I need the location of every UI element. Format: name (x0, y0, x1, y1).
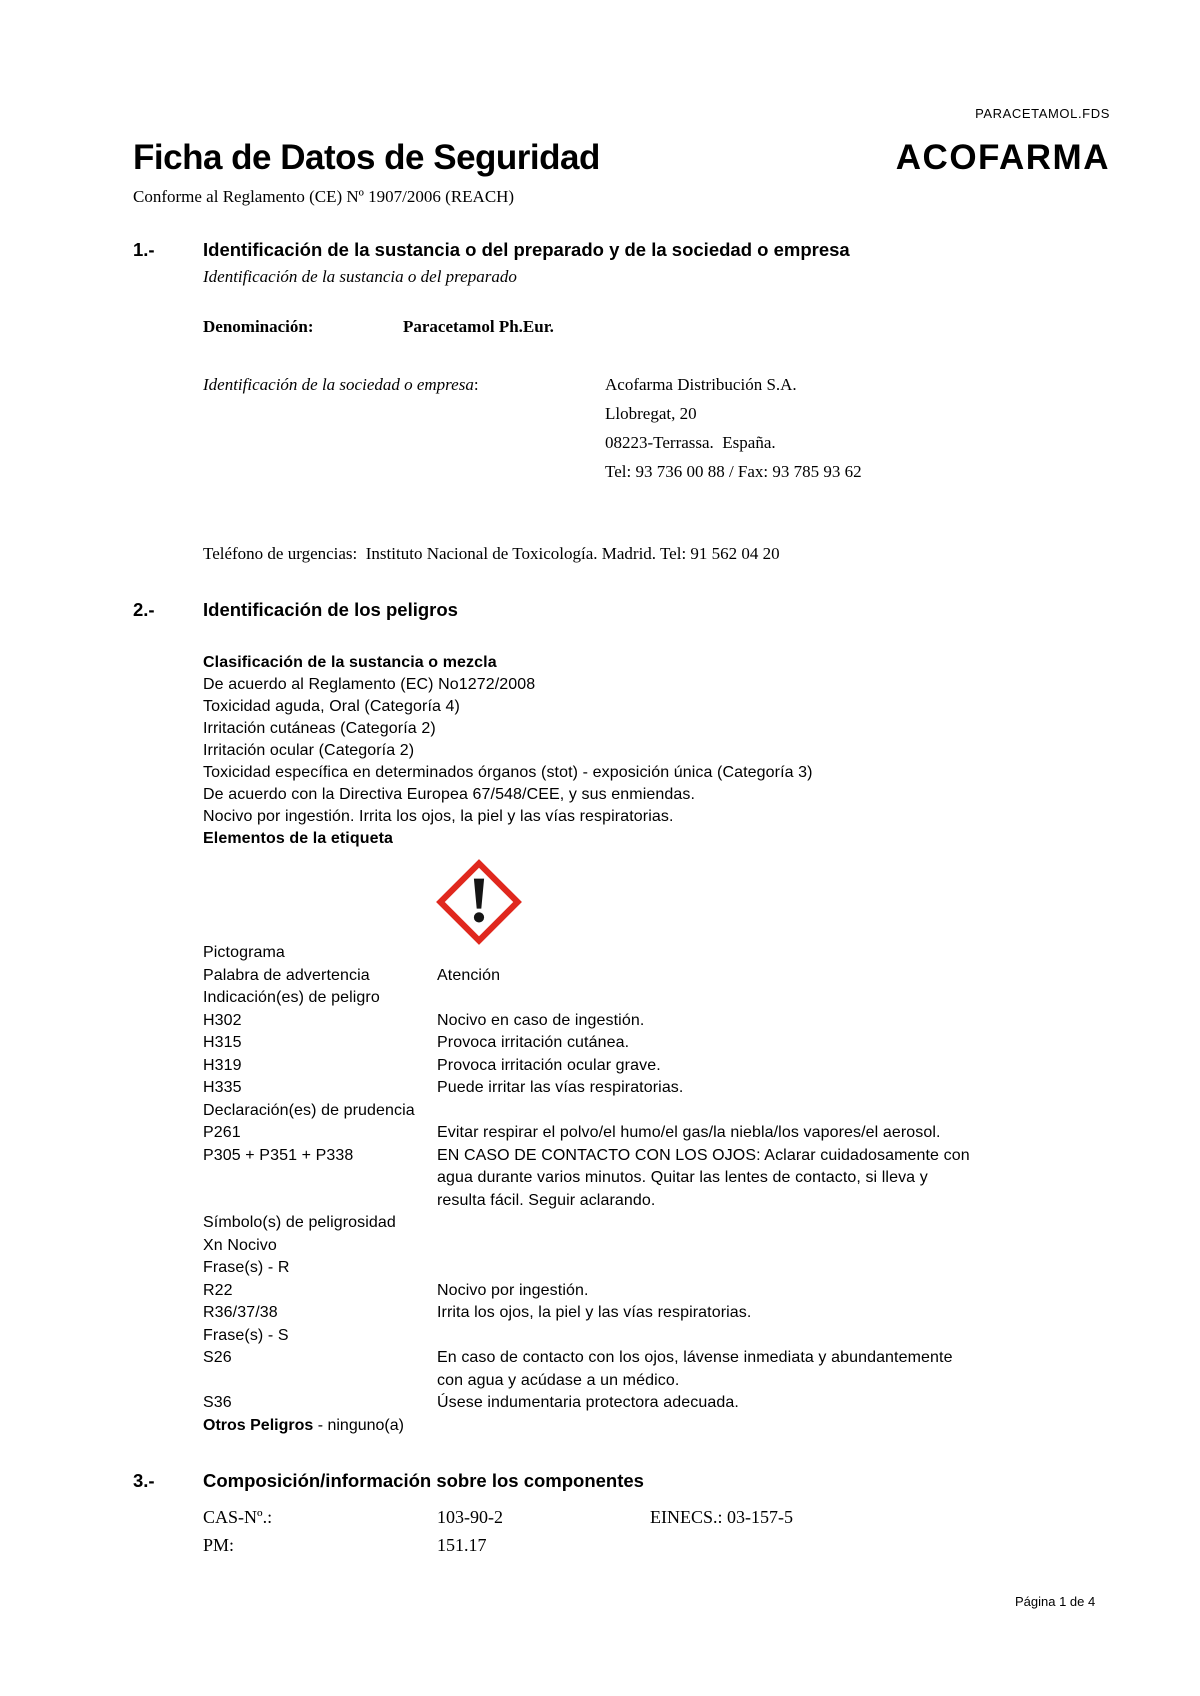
other-hazards-label: Otros Peligros (203, 1417, 313, 1434)
r-phrases-header-row: Frase(s) - R (203, 1257, 1110, 1280)
header: Ficha de Datos de Seguridad ACOFARMA (133, 135, 1110, 181)
section-1-number: 1.- (133, 238, 203, 262)
section-2-body: Clasificación de la sustancia o mezcla D… (203, 652, 1110, 1437)
label-elements-heading: Elementos de la etiqueta (203, 828, 1110, 850)
einecs-value: EINECS.: 03-157-5 (650, 1503, 793, 1531)
p305-row: P305 + P351 + P338 EN CASO DE CONTACTO C… (203, 1145, 1110, 1213)
classification-line: De acuerdo al Reglamento (EC) No1272/200… (203, 674, 1110, 696)
brand-name: ACOFARMA (896, 138, 1110, 178)
signal-word-row: Palabra de advertencia Atención (203, 965, 1110, 988)
classification-block: Clasificación de la sustancia o mezcla D… (203, 652, 1110, 850)
denomination-label: Denominación: (203, 316, 403, 338)
pm-row: PM: 151.17 (203, 1531, 1110, 1559)
emergency-phone-line: Teléfono de urgencias: Instituto Naciona… (203, 543, 1110, 565)
classification-heading: Clasificación de la sustancia o mezcla (203, 652, 1110, 674)
other-hazards-row: Otros Peligros - ninguno(a) (203, 1415, 1110, 1438)
company-city: 08223-Terrassa. España. (605, 428, 862, 457)
precaution-header-row: Declaración(es) de prudencia (203, 1100, 1110, 1123)
substance-identification-subtitle: Identificación de la sustancia o del pre… (203, 266, 1110, 288)
danger-symbols-header-row: Símbolo(s) de peligrosidad (203, 1212, 1110, 1235)
ghs07-exclamation-icon (435, 858, 523, 942)
company-identification-row: Identificación de la sociedad o empresa:… (203, 370, 1110, 486)
h302-row: H302 Nocivo en caso de ingestión. (203, 1010, 1110, 1033)
h319-row: H319 Provoca irritación ocular grave. (203, 1055, 1110, 1078)
company-street: Llobregat, 20 (605, 399, 862, 428)
sds-page: PARACETAMOL.FDS Ficha de Datos de Seguri… (0, 0, 1200, 1696)
section-1-heading: 1.- Identificación de la sustancia o del… (133, 238, 1110, 262)
classification-line: Toxicidad aguda, Oral (Categoría 4) (203, 696, 1110, 718)
other-hazards-value: - ninguno(a) (313, 1417, 404, 1434)
pm-value: 151.17 (437, 1531, 650, 1559)
r36-37-38-row: R36/37/38 Irrita los ojos, la piel y las… (203, 1302, 1110, 1325)
section-3-title: Composición/información sobre los compon… (203, 1469, 644, 1493)
section-3-number: 3.- (133, 1469, 203, 1493)
h315-row: H315 Provoca irritación cutánea. (203, 1032, 1110, 1055)
company-label: Identificación de la sociedad o empresa: (203, 370, 605, 486)
hazard-indication-header-row: Indicación(es) de peligro (203, 987, 1110, 1010)
r22-row: R22 Nocivo por ingestión. (203, 1280, 1110, 1303)
company-name: Acofarma Distribución S.A. (605, 370, 862, 399)
section-3-heading: 3.- Composición/información sobre los co… (133, 1469, 1110, 1493)
page-number: Página 1 de 4 (1015, 1594, 1095, 1609)
page-title: Ficha de Datos de Seguridad (133, 135, 600, 181)
reach-compliance-line: Conforme al Reglamento (CE) Nº 1907/2006… (133, 186, 1110, 208)
xn-nocivo-row: Xn Nocivo (203, 1235, 1110, 1258)
hazard-statement-rows: Pictograma Palabra de advertencia Atenci… (203, 942, 1110, 1437)
s36-row: S36 Úsese indumentaria protectora adecua… (203, 1392, 1110, 1415)
s-phrases-header-row: Frase(s) - S (203, 1325, 1110, 1348)
classification-line: Toxicidad específica en determinados órg… (203, 762, 1110, 784)
h335-row: H335 Puede irritar las vías respiratoria… (203, 1077, 1110, 1100)
section-3-body: CAS-Nº.: 103-90-2 EINECS.: 03-157-5 PM: … (203, 1503, 1110, 1559)
pm-label: PM: (203, 1531, 437, 1559)
section-2-number: 2.- (133, 598, 203, 622)
cas-value: 103-90-2 (437, 1503, 650, 1531)
pictogram-row: Pictograma (203, 942, 1110, 965)
company-phone-fax: Tel: 93 736 00 88 / Fax: 93 785 93 62 (605, 457, 862, 486)
company-address-block: Acofarma Distribución S.A. Llobregat, 20… (605, 370, 862, 486)
denomination-value: Paracetamol Ph.Eur. (403, 316, 554, 338)
section-2-heading: 2.- Identificación de los peligros (133, 598, 1110, 622)
cas-row: CAS-Nº.: 103-90-2 EINECS.: 03-157-5 (203, 1503, 1110, 1531)
classification-line: Irritación cutáneas (Categoría 2) (203, 718, 1110, 740)
classification-line: De acuerdo con la Directiva Europea 67/5… (203, 784, 1110, 806)
s26-row: S26 En caso de contacto con los ojos, lá… (203, 1347, 1110, 1392)
classification-line: Irritación ocular (Categoría 2) (203, 740, 1110, 762)
document-filename: PARACETAMOL.FDS (133, 106, 1110, 121)
classification-line: Nocivo por ingestión. Irrita los ojos, l… (203, 806, 1110, 828)
denomination-row: Denominación: Paracetamol Ph.Eur. (203, 316, 1110, 338)
section-1-body: Identificación de la sustancia o del pre… (203, 266, 1110, 565)
section-2-title: Identificación de los peligros (203, 598, 458, 622)
section-1-title: Identificación de la sustancia o del pre… (203, 238, 850, 262)
cas-label: CAS-Nº.: (203, 1503, 437, 1531)
p261-row: P261 Evitar respirar el polvo/el humo/el… (203, 1122, 1110, 1145)
